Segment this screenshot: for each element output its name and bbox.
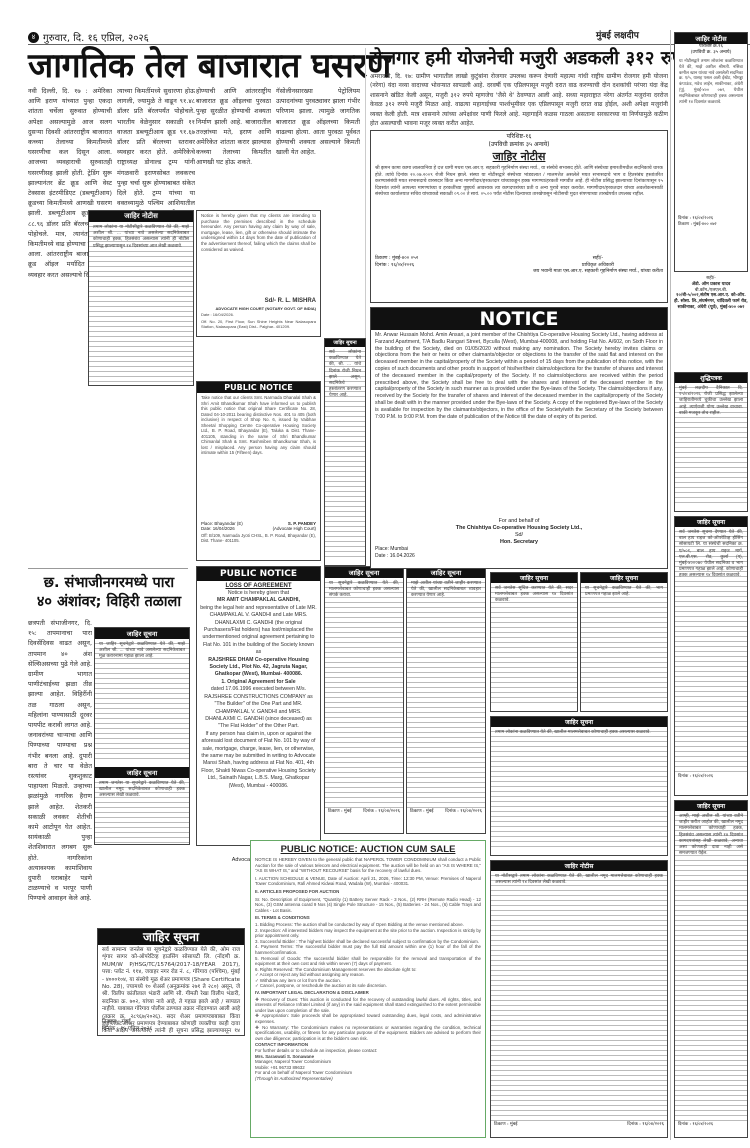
- notice-jahir-cr-3: जाहिर सूचना तमाम लोकांना कळविण्यात येते …: [490, 716, 668, 856]
- notice-title: जाहिर सूचना: [95, 767, 189, 778]
- auction-term: 5. Removal of Goods: The successful bidd…: [251, 956, 485, 967]
- auction-articles-heading: II. ARTICLES PROPOSED FOR AUCTION: [251, 888, 485, 896]
- headline-oil: जागतिक तेल बाजारात घसरण: [28, 48, 391, 84]
- notice-jahir-left: जाहिर नोटीस तमाम लोकांना या नोटीसीद्वारे…: [88, 210, 194, 386]
- auction-term: 1. Bidding Process: The auction shall be…: [251, 922, 485, 928]
- notice-title: जाहिर सूचना: [325, 339, 365, 347]
- nrega-body: अमरावती, दि. १७: ग्रामीण भागातील लाखो कु…: [370, 72, 668, 128]
- notice-place: ठिकाण : मुंबई: [328, 808, 352, 814]
- notice-auction: PUBLIC NOTICE: AUCTION CUM SALE NOTICE I…: [250, 840, 486, 1138]
- notice-right-jahir-bottom: जाहिर सूचना आम्ही, माझे अशील श्री. यांच्…: [674, 800, 748, 1138]
- notice-body: सर्व लोकांना कळविण्यात येते की, श्री. ..…: [325, 347, 365, 557]
- notice-body: या नोटीसद्वारे तमाम लोकांना कळविण्यात ये…: [491, 871, 667, 1121]
- notice-body: Mr. Anwar Hussain Mohd. Amin Ansari, a j…: [371, 330, 667, 518]
- auction-articles: Sr. No. Description of Equipment, "Quant…: [251, 896, 485, 915]
- notice-jahir-center: जाहिर सूचना सर्व लोकांना कळविण्यात येते …: [324, 338, 366, 566]
- date-line: गुरुवार, दि. १६ एप्रिल, २०२६: [43, 30, 149, 44]
- sign-org: जय भवानी माता एस.आर.ए. सहकारी गृहनिर्माण…: [533, 269, 663, 276]
- sign-title: Hon. Secretary: [371, 539, 667, 546]
- notice-jahir-bottom: जाहिर सूचना सर्व सामान्य जनतेस या सूचनेद…: [97, 928, 245, 1036]
- auction-schedule: I. AUCTION SCHEDULE & VENUE, Date of Auc…: [251, 875, 485, 888]
- auction-legal: ❖ Appropriation: Sale proceeds shall be …: [251, 1013, 485, 1024]
- notice-body: तमाम लोकांना कळविण्यात येते की, खालील मा…: [491, 727, 667, 851]
- sign-for: For and behalf of: [371, 518, 667, 525]
- notice-body: या नोटीसद्वारे तमाम लोकांना कळविण्यात ये…: [675, 56, 747, 216]
- notice-title: PUBLIC NOTICE: [197, 567, 320, 581]
- notice-jahir-cr-2: जाहिर सूचना या सूचनेद्वारे कळविण्यात येत…: [580, 572, 668, 712]
- notice-society: RAJSHREE DHAM Co-operative Housing Socie…: [200, 657, 317, 679]
- auction-legal: ❖ No Warranty: The Condominium makes no …: [251, 1025, 485, 1042]
- notice-body: आम्ही, माझे अशील श्री. यांच्या वतीने जाह…: [675, 811, 747, 1121]
- page-number-badge: ४: [28, 32, 39, 43]
- notice-date: दिनांक : १६/०४/२०२६: [678, 774, 713, 779]
- auction-contact-through: (Through its Authorized Representative): [251, 1076, 485, 1082]
- notice-address: Off. No. 20, First Floor, Sun Shine Heig…: [197, 319, 320, 331]
- notice-jahir-center-3: जाहिर सूचना माझे अशील यांच्या वतीने जाही…: [406, 566, 486, 834]
- notice-body: Notice is hereby given that my clients a…: [197, 211, 320, 297]
- notice-body: या सूचनेद्वारे कळविण्यात येते की, भाग प्…: [581, 583, 667, 707]
- notice-body: सर्व जनतेस सूचित करण्यात येते की, सदर मा…: [491, 583, 577, 707]
- notice-body: मुंबई लक्षदीप दैनिकात दि. १५/०४/२०२६ रोज…: [675, 383, 747, 507]
- notice-intro: Notice is hereby given that: [200, 590, 317, 597]
- headline-heat-line-1: छ. संभाजीनगरमध्ये पारा: [34, 574, 184, 593]
- public-notice-pandey: PUBLIC NOTICE Take notice that our clien…: [196, 381, 321, 561]
- notice-shuddhipatrak: शुद्धिपत्रक मुंबई लक्षदीप दैनिकात दि. १५…: [674, 372, 748, 512]
- notice-title: जाहिर सूचना: [95, 628, 189, 639]
- column-divider-right: [670, 30, 671, 1140]
- notice-jahir-cr-4: जाहिर नोटीस या नोटीसद्वारे तमाम लोकांना …: [490, 860, 668, 1138]
- notice-body: श्री झमन कामा कामा लालवानिया हे दत्त धाम…: [371, 164, 667, 256]
- sign-sd: Sd/: [371, 532, 667, 539]
- notice-heading-2: (उपविधी क्रमांक ३५ अन्वये): [371, 141, 667, 149]
- notice-body: या जाहिर सूचनेद्वारे कळविण्यात येते की, …: [95, 639, 189, 759]
- notice-parishishta-16: परिशिष्ट-१६ (उपविधी क्रमांक ३५ अन्वये) ज…: [370, 130, 668, 303]
- notice-name: MR AMIT CHAMPAKLAL GANDHI,: [200, 597, 317, 604]
- notice-title: जाहिर सूचना: [581, 573, 667, 583]
- notice-ansari: NOTICE Mr. Anwar Hussain Mohd. Amin Ansa…: [370, 307, 668, 569]
- notice-date: दिनांक : १६/०४/२०२६: [363, 808, 400, 814]
- notice-title: जाहिर सूचना: [491, 717, 667, 727]
- headline-nrega: रोजगार हमी योजनेची मजुरी अडकली ३१२ रुपया…: [370, 48, 716, 70]
- notice-body-2: If any person has claim in, upon or agai…: [200, 731, 317, 790]
- notice-jahir-cr-1: जाहिर सूचना सर्व जनतेस सूचित करण्यात येत…: [490, 572, 578, 712]
- auction-term: 2. Inspection: All interested bidders ma…: [251, 928, 485, 939]
- notice-date: दिनांक : १६/०४/२०२६: [627, 1121, 664, 1127]
- notice-address: Off: B/109, Narmada Jyoti CHSL, B. P. Ro…: [197, 531, 320, 545]
- oil-col-4: गॅसोलीनसारख्या पेट्रोलियम उत्पादनांच्या …: [276, 86, 360, 198]
- auction-intro: NOTICE IS HEREBY GIVEN to the general pu…: [251, 856, 485, 875]
- notice-date: दिनांक : १६/०४/२०२६: [445, 808, 482, 814]
- auction-term: 4. Payment Terms: The successful bidder …: [251, 944, 485, 955]
- agreement-title: 1. Original Agreement for Sale: [200, 679, 317, 686]
- notice-title: जाहिर सूचना: [98, 929, 244, 945]
- section-rule: [28, 568, 188, 569]
- page-number: ४ गुरुवार, दि. १६ एप्रिल, २०२६: [28, 30, 149, 44]
- notice-place: ठिकाण : मुंबई-४०० ०७२: [678, 222, 744, 228]
- signature-name: Sd/- R. L. MISHRA: [197, 297, 320, 305]
- notice-title: जाहिर नोटीस: [675, 33, 747, 44]
- auction-terms-heading: III. TERMS & CONDITIONS: [251, 914, 485, 922]
- notice-body: being the legal heir and representative …: [200, 605, 317, 657]
- oil-col-3: होण्याची आणि आंतरराष्ट्रीय बाजारात क्रूड…: [196, 86, 271, 198]
- agreement-body: dated 17.06.1996 executed between M/s. R…: [200, 686, 317, 730]
- notice-place: ठिकाण : मुंबई-४०० ०५२: [375, 256, 418, 263]
- notice-date: दिनांक : १६/०४/२०२६: [678, 1122, 713, 1127]
- notice-jahir-center-2: जाहिर सूचना या सूचनेद्वारे कळविण्यात येत…: [324, 566, 404, 834]
- public-notice-gandhi: PUBLIC NOTICE LOSS OF AGREEMENT Notice i…: [196, 566, 321, 846]
- sign-society: The Chishtiya Co-operative Housing Socie…: [371, 525, 667, 532]
- notice-title: जाहिर नोटीस: [491, 861, 667, 871]
- notice-right-jahir-mid: जाहिर सूचना सर्व जनतेस सूचना देण्यात येत…: [674, 516, 748, 796]
- notice-title: PUBLIC NOTICE: AUCTION CUM SALE: [251, 844, 485, 855]
- signature-title: (Advocate High Court): [273, 526, 316, 531]
- auction-legal-heading: IV. IMPORTANT LEGAL DECLARATION & DISCLA…: [251, 989, 485, 997]
- notice-title: जाहिर नोटीस: [89, 211, 193, 222]
- notice-date: Date : 16/04/2026.: [197, 312, 320, 319]
- header-rule: [28, 44, 750, 45]
- auction-legal: ❖ Recovery of Dues: This auction is cond…: [251, 997, 485, 1014]
- notice-title: शुद्धिपत्रक: [675, 373, 747, 383]
- notice-title: जाहिर नोटीस: [371, 149, 667, 164]
- notice-date: दिनांक : १६/०४/२०२६: [375, 263, 418, 270]
- notice-title: NOTICE: [371, 308, 667, 330]
- notice-title: जाहिर सूचना: [675, 801, 747, 811]
- notice-body: या सूचनेद्वारे कळविण्यात येते की, मालमत्…: [325, 578, 403, 808]
- notice-body: तमाम जनतेस या सूचनेद्वारे कळविण्यात येते…: [95, 778, 189, 845]
- notice-place: ठिकाण : मुंबई: [410, 808, 434, 814]
- right-jahir-top-signature: सही/- ॲडो. ओम प्रकाश यादव बी.कॉम./एलएल.ब…: [674, 276, 748, 311]
- headline-heat: छ. संभाजीनगरमध्ये पारा ४० अंशांवर; विहिर…: [34, 574, 184, 612]
- notice-body: Take notice that our clients Smt. Narmad…: [197, 393, 320, 521]
- notice-jahir-heat: जाहिर सूचना या जाहिर सूचनेद्वारे कळविण्य…: [94, 627, 190, 845]
- notice-right-jahir-top: जाहिर नोटीस परिशिष्ट क्र.१६ (उपविधी क्र.…: [674, 32, 748, 272]
- notice-body: तमाम लोकांना या नोटीसीद्वारे कळविण्यात य…: [89, 222, 193, 386]
- sign-address: १०/बी-५/००२,संतोष एस.आर.ए. को-ऑप. हौ. सो…: [674, 293, 748, 310]
- notice-place: ठिकाण : मुंबई: [494, 1121, 518, 1127]
- notice-date: Date : 16.04.2026: [375, 553, 663, 560]
- headline-heat-line-2: ४० अंशांवर; विहिरी तळाला: [34, 593, 184, 612]
- notice-title: PUBLIC NOTICE: [197, 382, 320, 393]
- notice-title: जाहिर सूचना: [675, 517, 747, 527]
- notice-body: सर्व जनतेस सूचना देण्यात येते की, बाल हा…: [675, 527, 747, 773]
- notice-body: माझे अशील यांच्या वतीने जाहीर करण्यात ये…: [407, 578, 485, 808]
- notice-title: जाहिर सूचना: [491, 573, 577, 583]
- notice-date: Date: 16/04/2026: [201, 526, 235, 531]
- notice-body: सर्व सामान्य जनतेस या सूचनेद्वारे कळविण्…: [98, 945, 244, 1019]
- notice-heading-1: परिशिष्ट-१६: [371, 133, 667, 141]
- brand-name: मुंबई लक्षदीप: [596, 28, 639, 41]
- signature-title: ADVOCATE HIGH COURT (NOTARY GOVT. OF IND…: [197, 305, 320, 312]
- public-notice-mishra: Notice is hereby given that my clients a…: [196, 210, 321, 337]
- heat-body: छत्रपती संभाजीनगर, दि. १५: तापमानाचा पार…: [28, 618, 92, 1013]
- auction-contact-heading: CONTACT INFORMATION: [251, 1041, 485, 1048]
